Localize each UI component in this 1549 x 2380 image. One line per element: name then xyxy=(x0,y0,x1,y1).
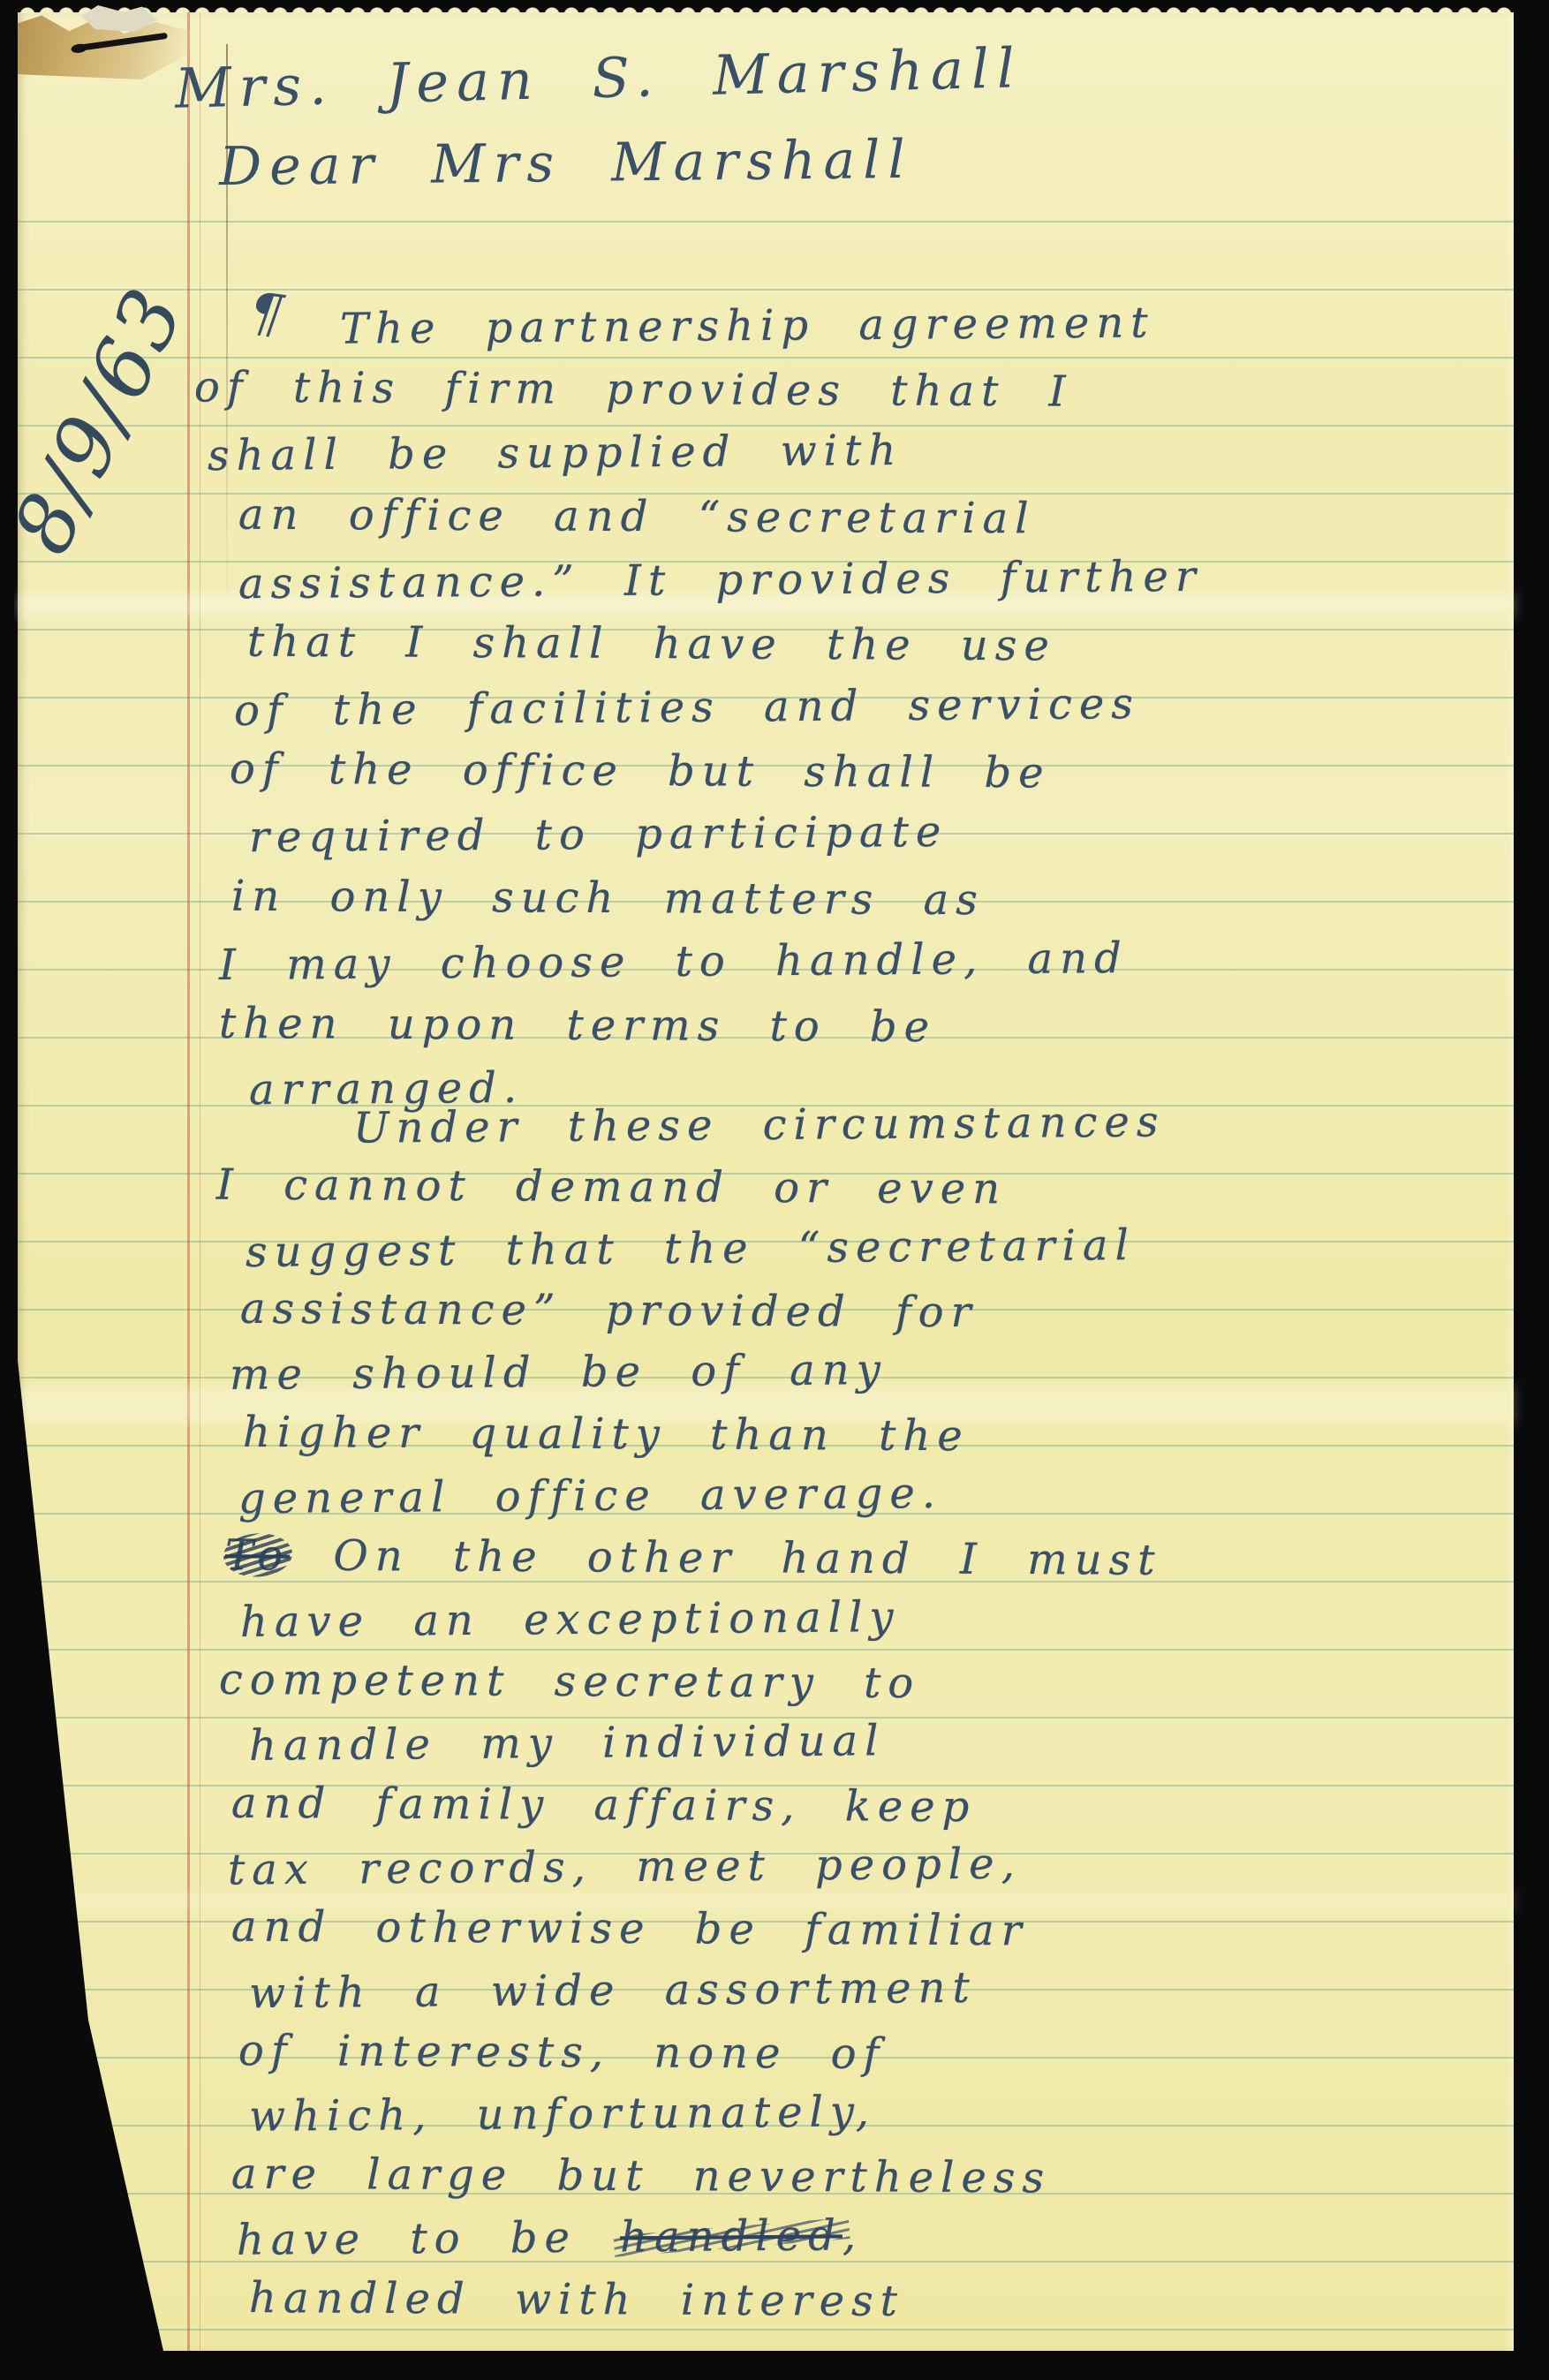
handwritten-line: shall be supplied with xyxy=(208,419,903,487)
handwritten-line: have an exceptionally xyxy=(240,1586,901,1653)
handwritten-line: assistance” provided for xyxy=(240,1278,979,1343)
handwriting-layer: 8/9/63 Mrs. Jean S. Marshall Dear Mrs Ma… xyxy=(18,12,1514,2351)
scan-background: 8/9/63 Mrs. Jean S. Marshall Dear Mrs Ma… xyxy=(0,0,1549,2380)
handwritten-line: handle my individual xyxy=(249,1710,886,1777)
handwritten-line: I may choose to handle, and xyxy=(219,927,1129,996)
handwritten-line: of the office but shall be xyxy=(230,738,1051,805)
handwritten-line: an office and “secretarial xyxy=(238,484,1036,550)
legal-pad-page: 8/9/63 Mrs. Jean S. Marshall Dear Mrs Ma… xyxy=(18,12,1514,2351)
handwritten-line: me should be of any xyxy=(230,1339,888,1406)
salutation-line: Dear Mrs Marshall xyxy=(219,129,913,198)
handwritten-line: with a wide assortment xyxy=(249,1957,977,2024)
perforated-top-edge xyxy=(18,1,1514,13)
handwritten-line: of this firm provides that I xyxy=(194,356,1073,422)
handwritten-line: in only such matters as xyxy=(231,865,985,931)
handwritten-line: competent secretary to xyxy=(219,1649,921,1714)
handwritten-line: The partnership agreement xyxy=(340,291,1155,359)
handwritten-line: are large but nevertheless xyxy=(231,2143,1051,2210)
handwritten-line: and family affairs, keep xyxy=(231,1772,977,1838)
handwritten-line: of the facilities and services xyxy=(234,673,1140,742)
handwritten-line: and otherwise be familiar xyxy=(231,1896,1029,1962)
crossed-out-word: handled xyxy=(620,2210,843,2262)
handwritten-line: Under these circumstances xyxy=(353,1091,1166,1159)
crossed-out-word: To xyxy=(225,1530,290,1580)
handwritten-line: handled with interest xyxy=(249,2267,904,2332)
handwritten-line: then upon terms to be xyxy=(219,993,936,1058)
paragraph-mark: ¶ xyxy=(245,281,287,347)
handwritten-line: higher quality than the xyxy=(243,1402,970,1467)
handwritten-line: tax records, meet people, xyxy=(228,1832,1022,1900)
handwritten-line: of interests, none of xyxy=(238,2020,887,2085)
handwritten-line: that I shall have the use xyxy=(247,611,1056,677)
margin-date: 8/9/63 xyxy=(0,264,208,575)
handwritten-line: have to be handled, xyxy=(237,2204,864,2271)
handwritten-line: required to participate xyxy=(249,801,948,868)
recipient-line: Mrs. Jean S. Marshall xyxy=(174,35,1023,120)
handwritten-line: assistance.” It provides further xyxy=(238,546,1203,616)
handwritten-line: which, unfortunately, xyxy=(249,2081,876,2148)
handwritten-line: To On the other hand I must xyxy=(225,1524,1162,1591)
handwritten-line: general office average. xyxy=(238,1462,943,1530)
handwritten-line: suggest that the “secretarial xyxy=(246,1214,1136,1283)
handwritten-line: I cannot demand or even xyxy=(216,1154,1007,1220)
